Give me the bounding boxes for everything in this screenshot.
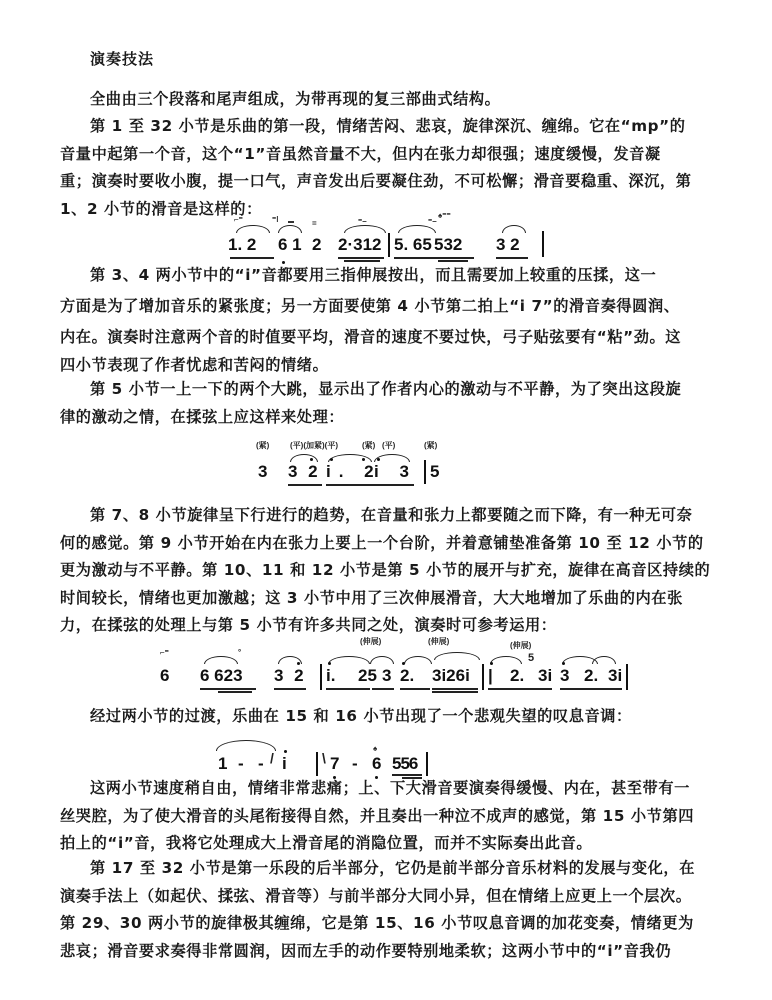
text-line: 全曲由三个段落和尾声组成，为带再现的复三部曲式结构。 (60, 86, 720, 114)
note: 3i (538, 666, 552, 686)
note-group: 2. (584, 666, 598, 686)
text-line: 方面是为了增加音乐的紧张度；另一方面要使第 4 小节第二拍上“i 7”的滑音奏得… (60, 293, 720, 321)
technique-mark: (伸展) (510, 640, 531, 651)
note-group: 3 2 (288, 462, 321, 482)
text-line: 音量中起第一个音，这个“1”音虽然音量不大，但内在张力却很强；速度缓慢，发音凝 (60, 141, 720, 169)
note: | (488, 666, 493, 686)
text-line: 丝哭腔，为了使大滑音的头尾衔接得自然，并且奏出一种泣不成声的感觉，第 15 小节… (60, 803, 720, 831)
paragraph-bars-7-12: 第 7、8 小节旋律呈下行进行的趋势，在音量和张力上都要随之而下降，有一种无可奈… (60, 502, 720, 640)
note-group: 5. 65 (394, 235, 432, 255)
paragraph-bars-3-4: 第 3、4 两小节中的“i”音都要用三指伸展按出，而且需要加上较重的压揉，这一 … (60, 262, 720, 379)
text-line: 拍上的“i”音，我将它处理成大上滑音尾的消隐位置，而并不实际奏出此音。 (60, 830, 720, 858)
note-group: 556 (392, 754, 417, 774)
note-group: 3 2 (496, 235, 520, 255)
note: 3 (258, 462, 267, 482)
section-heading: 演奏技法 (90, 48, 154, 69)
note-group: 2. (510, 666, 524, 686)
text-line: 第 1 至 32 小节是乐曲的第一段，情绪苦闷、悲哀，旋律深沉、缠绵。它在“mp… (60, 113, 720, 141)
text-line: 第 7、8 小节旋律呈下行进行的趋势，在音量和张力上都要随之而下降，有一种无可奈 (60, 502, 720, 530)
paragraph-structure: 全曲由三个段落和尾声组成，为带再现的复三部曲式结构。 (60, 86, 720, 114)
note-group: 3 2 (274, 666, 307, 686)
notation-example-bar-5: (紧) (平)(加紧)(平) (紧) (平) (紧) 3 3 2 i. 2 i … (250, 440, 450, 495)
paragraph-bars-15-16-detail: 这两小节速度稍自由，情绪非常悲痛；上、下大滑音要演奏得缓慢、内在，甚至带有一 丝… (60, 775, 720, 858)
technique-mark: (紧) (424, 440, 437, 451)
paragraph-bars-17-32: 第 17 至 32 小节是第一乐段的后半部分，它仍是前半部分音乐材料的发展与变化… (60, 855, 720, 965)
text-line: 四小节表现了作者忧虑和苦闷的情绪。 (60, 352, 720, 380)
text-line: 何的感觉。第 9 小节开始在内在张力上要上一个台阶，并着意铺垫准备第 10 至 … (60, 530, 720, 558)
text-line: 时间较长，情绪也更加激越；这 3 小节中用了三次伸展滑音，大大地增加了乐曲的内在… (60, 585, 720, 613)
dash: - (238, 754, 244, 774)
notation-example-bars-15-16: 1 - - / i \ 7 - 6 ♠ 556 (212, 732, 472, 777)
note: i. (326, 666, 335, 686)
note: 7 (330, 754, 339, 774)
note: 3 (382, 666, 391, 686)
text-line: 重；演奏时要收小腹，提一口气，声音发出后要凝住劲，不可松懈；滑音要稳重、深沉，第 (60, 168, 720, 196)
text-line: 悲哀；滑音要求奏得非常圆润，因而左手的动作要特别地柔软；这两小节中的“i”音我仍 (60, 938, 720, 966)
text-line: 演奏手法上（如起伏、揉弦、滑音等）与前半部分大同小异，但在情绪上应更上一个层次。 (60, 883, 720, 911)
technique-mark: (伸展) (360, 636, 381, 647)
text-line: 律的激动之情，在揉弦上应这样来处理： (60, 404, 720, 432)
text-line: 第 3、4 两小节中的“i”音都要用三指伸展按出，而且需要加上较重的压揉，这一 (60, 262, 720, 290)
paragraph-bar-5: 第 5 小节一上一下的两个大跳，显示出了作者内心的激动与不平静，为了突出这段旋 … (60, 376, 720, 431)
dash: - (258, 754, 264, 774)
note-group: 6 1 (278, 235, 302, 255)
text-line: 内在。演奏时注意两个音的时值要平均，滑音的速度不要过快，弓子贴弦要有“粘”劲。这 (60, 324, 720, 352)
text-line: 更为激动与不平静。第 10、11 和 12 小节是第 5 小节的展开与扩充，旋律… (60, 557, 720, 585)
technique-mark: (平)(加紧)(平) (290, 440, 338, 451)
note-group: 6 623 (200, 666, 243, 686)
note: 6 (372, 754, 381, 774)
dash: - (352, 754, 358, 774)
technique-mark: (紧) (256, 440, 269, 451)
notation-example-bars-1-2: ⌐⁼ 1. 2 ⁼ǀ 6 1 = 2 ⁼– 2·312 ⁼– 5. 65 ♠⁼⁼… (228, 215, 568, 265)
note: 2 (312, 235, 321, 255)
note-group: 1. 2 (228, 235, 256, 255)
note: 1 (218, 754, 227, 774)
technique-mark: (平) (382, 440, 395, 451)
note-group: 3i26i (432, 666, 470, 686)
document-page: 演奏技法 全曲由三个段落和尾声组成，为带再现的复三部曲式结构。 第 1 至 32… (0, 0, 772, 1000)
text-line: 这两小节速度稍自由，情绪非常悲痛；上、下大滑音要演奏得缓慢、内在，甚至带有一 (60, 775, 720, 803)
text-line: 经过两小节的过渡，乐曲在 15 和 16 小节出现了一个悲观失望的叹息音调： (60, 703, 720, 731)
note-group: i 3 (374, 462, 417, 482)
note-group: 532 (434, 235, 462, 255)
note: 2. (400, 666, 414, 686)
text-line: 第 29、30 两小节的旋律极其缠绵，它是第 15、16 小节叹息音调的加花变奏… (60, 910, 720, 938)
note: 5 (430, 462, 439, 482)
technique-mark: (伸展) (428, 636, 449, 647)
note: 6 (160, 666, 169, 686)
note: i (282, 754, 287, 774)
technique-mark: (紧) (362, 440, 375, 451)
notation-example-bars-10-12: (伸展) (伸展) (伸展) ⌐⁼ 6 ° 6 623 3 2 i. 25 3 … (160, 636, 630, 696)
grace-note: 5 (528, 652, 534, 664)
text-line: 第 5 小节一上一下的两个大跳，显示出了作者内心的激动与不平静，为了突出这段旋 (60, 376, 720, 404)
note: 3 (560, 666, 569, 686)
paragraph-transition: 经过两小节的过渡，乐曲在 15 和 16 小节出现了一个悲观失望的叹息音调： (60, 703, 720, 731)
note: 3i (608, 666, 622, 686)
note-group: 25 (358, 666, 377, 686)
paragraph-first-section: 第 1 至 32 小节是乐曲的第一段，情绪苦闷、悲哀，旋律深沉、缠绵。它在“mp… (60, 113, 720, 223)
note-group: 2·312 (338, 235, 381, 255)
text-line: 第 17 至 32 小节是第一乐段的后半部分，它仍是前半部分音乐材料的发展与变化… (60, 855, 720, 883)
